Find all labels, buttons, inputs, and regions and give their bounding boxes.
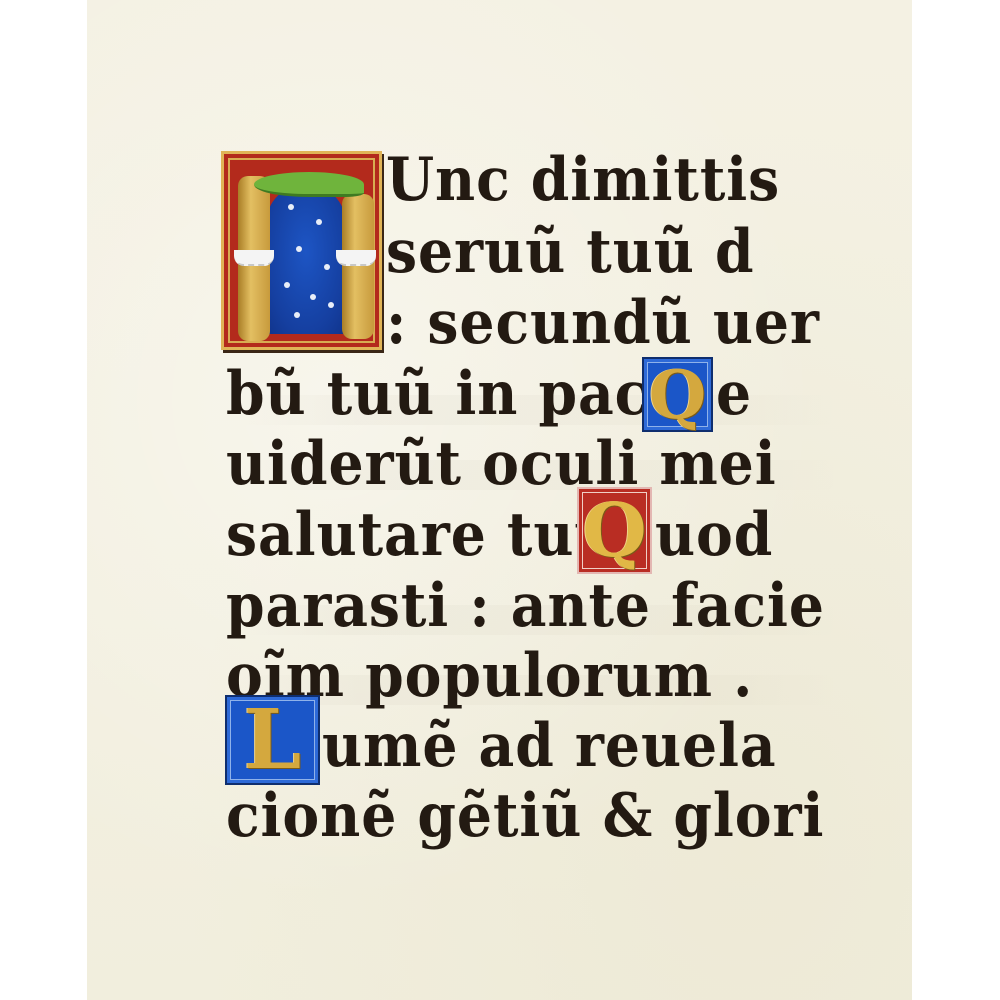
illuminated-initial-q-blue: Q	[642, 357, 713, 432]
initial-acanthus-leaf	[254, 172, 364, 197]
illuminated-initial-q-red: Q	[577, 487, 652, 574]
initial-blue-field	[266, 184, 346, 334]
text-line-10: cionẽ gẽtiũ & glori	[226, 786, 824, 846]
initial-white-ruff	[336, 250, 376, 266]
text-line-6: salutare tuũ	[226, 505, 615, 565]
illuminated-initial-n: N	[221, 151, 382, 350]
initial-letter: Q	[649, 356, 707, 434]
initial-white-ruff	[234, 250, 274, 266]
text-line-4-tail: e	[716, 364, 752, 424]
manuscript-image: N Unc dimittis seruũ tuũ d : secundũ uer…	[0, 0, 1000, 1000]
text-line-7: parasti : ante facie	[226, 576, 825, 636]
text-line-1: Unc dimittis	[386, 150, 780, 210]
initial-letter: L	[244, 692, 302, 788]
text-line-3: : secundũ uer	[386, 293, 820, 353]
text-line-4: bũ tuũ in pace	[226, 364, 685, 424]
initial-gold-stem-right	[342, 194, 374, 339]
illuminated-initial-l-blue: L	[225, 695, 320, 785]
initial-letter: Q	[582, 488, 646, 574]
text-line-2: seruũ tuũ d	[386, 222, 754, 282]
text-line-9: umẽ ad reuela	[322, 716, 777, 776]
text-line-6-tail: uod	[655, 505, 773, 565]
text-line-5: uiderũt oculi mei	[226, 434, 777, 494]
